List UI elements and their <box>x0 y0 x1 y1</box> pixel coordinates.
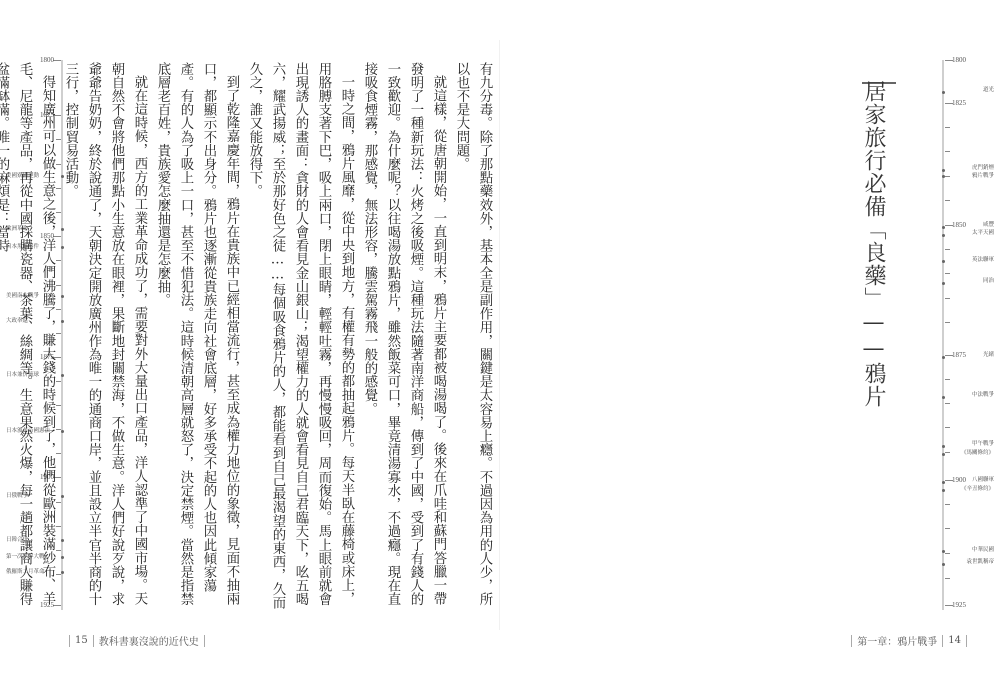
timeline-minor-tick <box>945 452 950 453</box>
divider <box>942 635 943 647</box>
timeline-year-label: 1900 <box>952 476 966 484</box>
page-number: 14 <box>948 635 961 646</box>
timeline-year-label: 1925 <box>952 601 966 609</box>
timeline-event-marker <box>942 175 945 178</box>
right-page: 180018251850187519001925道光虎門銷煙鴉片戰爭咸豐太平天國… <box>500 0 1000 677</box>
timeline-year-label: 1850 <box>952 221 966 229</box>
left-footer: 15 教科書裏沒說的近代史 <box>64 633 210 648</box>
timeline-year-label: 1825 <box>952 99 966 107</box>
timeline-minor-tick <box>945 322 950 323</box>
timeline-minor-tick <box>945 249 950 250</box>
timeline-event-marker <box>942 282 945 285</box>
timeline-year-label: 1800 <box>952 56 966 64</box>
timeline-right: 180018251850187519001925道光虎門銷煙鴉片戰爭咸豐太平天國… <box>930 60 1000 610</box>
timeline-event-marker <box>942 260 945 263</box>
chapter-title: 居家旅行必備「良藥」——鴉片 <box>858 80 888 408</box>
left-page: 180018251850187519001925美國寮國運動歐洲革命日本黑船事件… <box>0 0 500 677</box>
timeline-event-marker <box>942 481 945 484</box>
timeline-major-tick <box>53 60 61 61</box>
timeline-minor-tick <box>945 427 950 428</box>
timeline-minor-tick <box>945 553 950 554</box>
page-number: 15 <box>75 635 88 646</box>
timeline-minor-tick <box>945 127 950 128</box>
paragraph: 得知廣州可以做生意之後，洋人們沸騰了，賺大錢的時候到了，他們從歐洲裝滿紗布、羊毛… <box>0 62 59 617</box>
paragraph: 到了乾隆嘉慶年間，鴉片在貴族中已經相當流行，甚至成為權力地位的象徵，見面不抽兩口… <box>151 62 243 617</box>
timeline-event-label: 袁世凱稱帝 <box>966 559 994 566</box>
timeline-event-label: 中法戰爭 <box>972 392 994 399</box>
running-header: 第一章：鴉片戰爭 <box>857 633 937 648</box>
timeline-event-label: 《辛丑條約》 <box>961 486 994 493</box>
timeline-event-label: 中華民國 <box>972 547 994 554</box>
timeline-event-label: 太平天國 <box>972 230 994 237</box>
timeline-minor-tick <box>945 176 950 177</box>
timeline-minor-tick <box>945 504 950 505</box>
timeline-event-marker <box>942 226 945 229</box>
timeline-minor-tick <box>945 578 950 579</box>
timeline-event-marker <box>942 396 945 399</box>
timeline-event-label: 八國聯軍 <box>972 477 994 484</box>
timeline-minor-tick <box>945 273 950 274</box>
paragraph: 唐宋兩朝，人們就一直默默地把鴉片當做佐料和藥用著，也沒有大規模地普及，畢竟從印度… <box>993 62 1000 617</box>
timeline-axis <box>942 60 944 610</box>
timeline-event-label: 英法聯軍 <box>972 257 994 264</box>
paragraph: 一時之間，鴉片風靡，從中央到地方，有權有勢的都抽起鴉片。每天半臥在藤椅或床上，用… <box>243 62 358 617</box>
divider <box>966 635 967 647</box>
timeline-event-label: 鴉片戰爭 <box>972 173 994 180</box>
divider <box>204 635 205 647</box>
timeline-event-marker <box>942 169 945 172</box>
timeline-minor-tick <box>945 528 950 529</box>
running-header: 教科書裏沒說的近代史 <box>99 633 199 648</box>
timeline-event-label: 《馬關條約》 <box>961 450 994 457</box>
right-footer: 第一章：鴉片戰爭 14 <box>846 633 972 648</box>
timeline-event-marker <box>942 550 945 553</box>
timeline-event-label: 甲午戰爭 <box>972 441 994 448</box>
divider <box>851 635 852 647</box>
timeline-event-marker <box>942 489 945 492</box>
timeline-year-label: 1875 <box>952 351 966 359</box>
paragraph: 就這樣，從唐朝開始，一直到明末，鴉片主要都被喝湯喝了。後來在爪哇和蘇門答臘一帶發… <box>358 62 450 617</box>
timeline-event-marker <box>942 91 945 94</box>
left-body-text: 有九分毒。除了那點藥效外，基本全是副作用，關鍵是太容易上癮。不過因為用的人少，所… <box>78 62 496 617</box>
timeline-event-marker <box>942 356 945 359</box>
timeline-minor-tick <box>945 200 950 201</box>
timeline-event-marker <box>942 453 945 456</box>
timeline-minor-tick <box>945 151 950 152</box>
timeline-minor-tick <box>945 298 950 299</box>
paragraph: 就在這時候，西方的工業革命成功了，需要對外大量出口產品，洋人認準了中國市場。天朝… <box>59 62 151 617</box>
timeline-event-marker <box>942 445 945 448</box>
timeline-minor-tick <box>945 403 950 404</box>
timeline-event-marker <box>942 234 945 237</box>
divider <box>69 635 70 647</box>
divider <box>93 635 94 647</box>
timeline-minor-tick <box>945 379 950 380</box>
timeline-event-marker <box>942 563 945 566</box>
timeline-event-label: 虎門銷煙 <box>972 165 994 172</box>
paragraph: 有九分毒。除了那點藥效外，基本全是副作用，關鍵是太容易上癮。不過因為用的人少，所… <box>450 62 496 617</box>
